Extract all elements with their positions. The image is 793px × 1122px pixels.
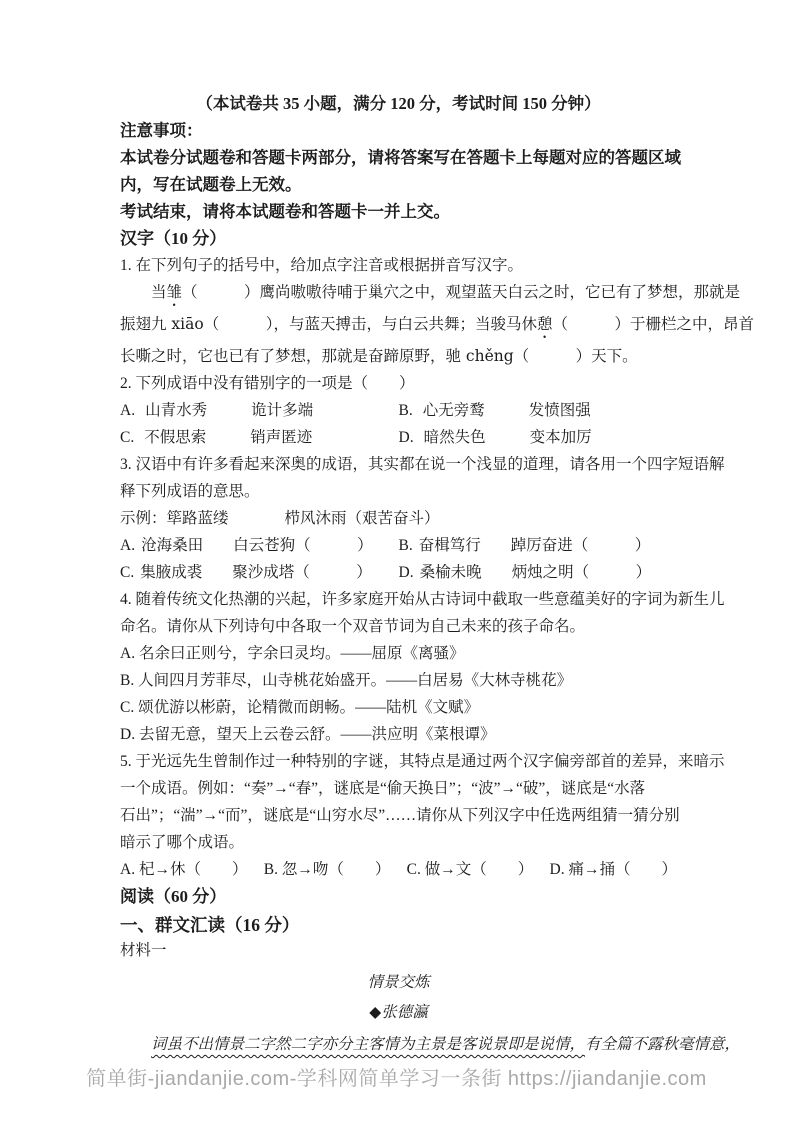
idiom: 不假思索 xyxy=(144,424,206,451)
idiom-with-blank: 聚沙成塔（ ） xyxy=(232,559,372,586)
q2-option-d: D. 暗然失色 变本加厉 xyxy=(399,424,678,451)
notice-line-3: 考试结束，请将本试题卷和答题卡一并上交。 xyxy=(120,198,677,225)
q1-stem: 1. 在下列句子的括号中，给加点字注音或根据拼音写汉字。 xyxy=(120,253,677,278)
q5-stem-line3: 石出”；“湍”→“而”，谜底是“山穷水尽”……请你从下列汉字中任选两组猜一猜分别 xyxy=(120,802,677,829)
option-label: D. xyxy=(399,559,414,586)
q3-options-row-ab: A. 沧海桑田 白云苍狗（ ） B. 奋楫笃行 踔厉奋进（ ） xyxy=(120,532,677,559)
example-item: 栉风沐雨（艰苦奋斗） xyxy=(285,505,440,532)
q3-options-row-cd: C. 集腋成裘 聚沙成塔（ ） D. 桑榆未晚 炳烛之明（ ） xyxy=(120,559,677,586)
idiom: 沧海桑田 xyxy=(141,532,203,559)
q4-option-c: C. 颂优游以彬蔚，论精微而朗畅。——陆机《文赋》 xyxy=(120,694,677,721)
idiom: 发愤图强 xyxy=(529,397,591,424)
q1-passage-line2: 振翅九 xiāo（ ），与蓝天搏击，与白云共舞；当骏马休憩（ ）于栅栏之中，昂首 xyxy=(120,310,677,342)
idiom: 诡计多端 xyxy=(251,397,313,424)
subsection-title-qunwen: 一、群文汇读（16 分） xyxy=(120,911,677,939)
q2-option-b: B. 心无旁鹜 发愤图强 xyxy=(399,397,678,424)
exam-page: （本试卷共 35 小题，满分 120 分，考试时间 150 分钟） 注意事项： … xyxy=(0,0,793,1058)
idiom: 山青水秀 xyxy=(145,397,207,424)
option-label: C. xyxy=(120,424,134,451)
notice-heading: 注意事项： xyxy=(120,117,677,144)
q4-option-d: D. 去留无意，望天上云卷云舒。——洪应明《菜根谭》 xyxy=(120,721,677,748)
q1-passage-seg: （ ）于栅栏之中，昂首 xyxy=(552,315,754,333)
watermark-footer: 简单街-jiandanjie.com-学科网简单学习一条街 https://ji… xyxy=(0,1062,793,1091)
notice-line-1: 本试卷分试题卷和答题卡两部分，请将答案写在答题卡上每题对应的答题区域 xyxy=(120,144,677,171)
idiom-with-blank: 踔厉奋进（ ） xyxy=(511,532,651,559)
q2-stem: 2. 下列成语中没有错别字的一项是（ ） xyxy=(120,370,677,397)
q3-option-a: A. 沧海桑田 白云苍狗（ ） xyxy=(120,532,399,559)
q3-stem-line1: 3. 汉语中有许多看起来深奥的成语，其实都在说一个浅显的道理，请各用一个四字短语… xyxy=(120,451,677,478)
idiom: 心无旁鹜 xyxy=(423,397,485,424)
idiom: 暗然失色 xyxy=(424,424,486,451)
idiom: 变本加厉 xyxy=(530,424,592,451)
q2-option-c: C. 不假思索 销声匿迹 xyxy=(120,424,399,451)
passage-wavy-underlined-text: 词虽不出情景二字然二字亦分主客情为主景是客说景即是说情， xyxy=(151,1035,585,1053)
option-label: A. xyxy=(120,532,135,559)
q3-option-b: B. 奋楫笃行 踔厉奋进（ ） xyxy=(399,532,678,559)
q2-options-row-ab: A. 山青水秀 诡计多端 B. 心无旁鹜 发愤图强 xyxy=(120,397,677,424)
q1-passage-line3: 长嘶之时，它也已有了梦想，那就是奋蹄原野，驰 chěng（ ）天下。 xyxy=(120,342,677,370)
q4-stem-line2: 命名。请你从下列诗句中各取一个双音节词为自己未来的孩子命名。 xyxy=(120,613,677,640)
example-label: 示例：筚路蓝缕 xyxy=(120,505,229,532)
exam-info-line: （本试卷共 35 小题，满分 120 分，考试时间 150 分钟） xyxy=(120,90,677,117)
q3-option-d: D. 桑榆未晚 炳烛之明（ ） xyxy=(399,559,678,586)
idiom: 销声匿迹 xyxy=(250,424,312,451)
idiom-with-blank: 炳烛之明（ ） xyxy=(512,559,652,586)
q1-dotted-char-qi: 憩 xyxy=(537,315,553,333)
idiom: 集腋成裘 xyxy=(140,559,202,586)
q5-stem-line1: 5. 于光远先生曾制作过一种特别的字谜，其特点是通过两个汉字偏旁部首的差异，来暗… xyxy=(120,748,677,775)
section-title-hanzi: 汉字（10 分） xyxy=(120,225,677,253)
option-label: A. xyxy=(120,397,135,424)
q1-passage-seg: 当 xyxy=(151,283,167,301)
q3-stem-line2: 释下列成语的意思。 xyxy=(120,478,677,505)
q1-passage-seg: （ ）鹰尚嗷嗷待哺于巢穴之中，观望蓝天白云之时，它已有了梦想，那就是 xyxy=(182,283,740,301)
q4-option-b: B. 人间四月芳菲尽，山寺桃花始盛开。——白居易《大林寺桃花》 xyxy=(120,667,677,694)
option-label: D. xyxy=(399,424,414,451)
q3-option-c: C. 集腋成裘 聚沙成塔（ ） xyxy=(120,559,399,586)
q5-stem-line4: 暗示了哪个成语。 xyxy=(120,829,677,856)
material-author: ◆张德瀛 xyxy=(120,997,677,1027)
q1-passage-line1: 当雏（ ）鹰尚嗷嗷待哺于巢穴之中，观望蓝天白云之时，它已有了梦想，那就是 xyxy=(120,278,677,310)
section-title-reading: 阅读（60 分） xyxy=(120,883,677,911)
material-passage-line: 词虽不出情景二字然二字亦分主客情为主景是客说景即是说情，有全篇不露秋毫情意， xyxy=(120,1031,677,1058)
idiom: 奋楫笃行 xyxy=(419,532,481,559)
q2-option-a: A. 山青水秀 诡计多端 xyxy=(120,397,399,424)
q1-passage-seg: 振翅九 xiāo（ ），与蓝天搏击，与白云共舞；当骏马休 xyxy=(120,315,537,333)
idiom-with-blank: 白云苍狗（ ） xyxy=(233,532,373,559)
option-label: B. xyxy=(399,532,413,559)
material-label: 材料一 xyxy=(120,939,677,963)
q2-options-row-cd: C. 不假思索 销声匿迹 D. 暗然失色 变本加厉 xyxy=(120,424,677,451)
idiom: 桑榆未晚 xyxy=(420,559,482,586)
q5-options-row: A. 杞→休（ ） B. 忽→吻（ ） C. 做→文（ ） D. 痛→捅（ ） xyxy=(120,856,677,883)
passage-plain-text: 有全篇不露秋毫情意， xyxy=(585,1035,740,1053)
q3-example: 示例：筚路蓝缕 栉风沐雨（艰苦奋斗） xyxy=(120,505,677,532)
q5-option-c: C. 做→文（ ） xyxy=(407,856,534,883)
q1-dotted-char-chu: 雏 xyxy=(167,283,183,301)
q5-option-d: D. 痛→捅（ ） xyxy=(550,856,677,883)
q4-stem-line1: 4. 随着传统文化热潮的兴起，许多家庭开始从古诗词中截取一些意蕴美好的字词为新生… xyxy=(120,586,677,613)
option-label: C. xyxy=(120,559,134,586)
notice-line-2: 内，写在试题卷上无效。 xyxy=(120,171,677,198)
q5-stem-line2: 一个成语。例如：“奏”→“春”，谜底是“偷天换日”；“波”→“破”，谜底是“水落 xyxy=(120,775,677,802)
q5-option-b: B. 忽→吻（ ） xyxy=(264,856,391,883)
q4-option-a: A. 名余曰正则兮，字余曰灵均。——屈原《离骚》 xyxy=(120,640,677,667)
material-title: 情景交炼 xyxy=(120,967,677,997)
q5-option-a: A. 杞→休（ ） xyxy=(120,856,247,883)
option-label: B. xyxy=(399,397,413,424)
